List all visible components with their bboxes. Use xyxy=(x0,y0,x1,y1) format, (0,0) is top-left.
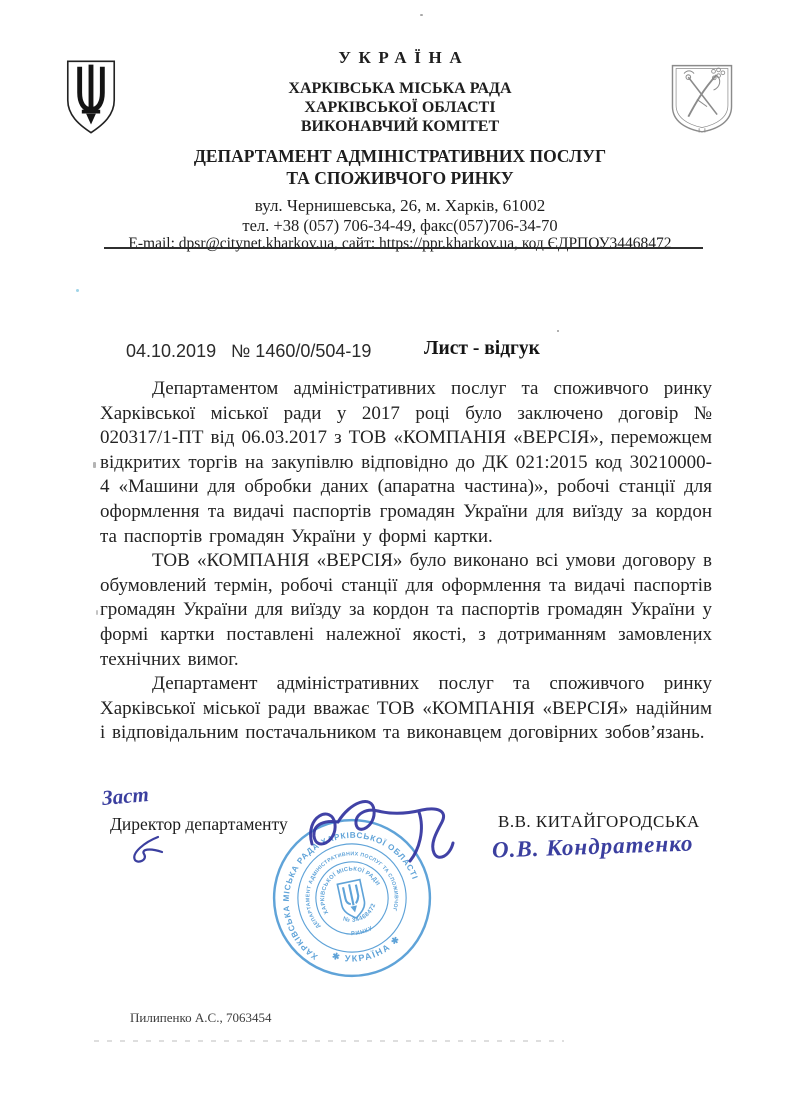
paragraph-3: Департамент адміністративних послуг та с… xyxy=(100,672,712,746)
address-line: вул. Чернишевська, 26, м. Харків, 61002 xyxy=(95,196,705,216)
scan-speck xyxy=(76,289,79,292)
director-signature xyxy=(298,786,470,870)
handwritten-name: О.В. Кондратенко xyxy=(492,830,694,863)
email-line: E-mail: dpsr@citynet.kharkov.ua, сайт: h… xyxy=(95,235,705,253)
letter-title: Лист - відгук xyxy=(424,338,540,360)
scan-speck xyxy=(96,610,98,615)
scan-speck xyxy=(540,508,543,511)
scanned-letter-page: УКРАЇНА ХАРКІВСЬКА МІСЬКА РАДА ХАРКІВСЬК… xyxy=(0,0,790,1100)
country-title: УКРАЇНА xyxy=(95,48,705,68)
scan-artifact-line xyxy=(94,1040,564,1042)
handwritten-note: Заст xyxy=(101,782,150,811)
letterhead: УКРАЇНА ХАРКІВСЬКА МІСЬКА РАДА ХАРКІВСЬК… xyxy=(95,48,705,253)
svg-text:РИНКУ: РИНКУ xyxy=(350,925,375,938)
org-line-3: ВИКОНАВЧИЙ КОМІТЕТ xyxy=(95,117,705,136)
letter-number: № 1460/0/504-19 xyxy=(231,341,371,362)
executor-note: Пилипенко А.С., 7063454 xyxy=(130,1010,271,1026)
signer-position: Директор департаменту xyxy=(110,814,288,835)
paragraph-2: ТОВ «КОМПАНІЯ «ВЕРСІЯ» було виконано всі… xyxy=(100,549,712,672)
phone-line: тел. +38 (057) 706-34-49, факс(057)706-3… xyxy=(95,216,705,235)
paragraph-1: Департаментом адміністративних послуг та… xyxy=(100,377,712,549)
stamp-middle-bottom-text: РИНКУ xyxy=(350,925,375,938)
org-line-1: ХАРКІВСЬКА МІСЬКА РАДА xyxy=(95,79,705,98)
department-line-2: ТА СПОЖИВЧОГО РИНКУ xyxy=(95,167,705,189)
letterhead-divider xyxy=(104,247,703,249)
letter-date: 04.10.2019 xyxy=(126,341,216,362)
signer-name: В.В. КИТАЙГОРОДСЬКА xyxy=(498,812,700,832)
scan-speck xyxy=(420,14,423,16)
scan-speck xyxy=(93,462,96,468)
org-line-2: ХАРКІВСЬКОЇ ОБЛАСТІ xyxy=(95,98,705,117)
letter-body: Департаментом адміністративних послуг та… xyxy=(100,377,712,746)
scan-speck xyxy=(557,330,559,332)
scan-speck xyxy=(694,641,696,644)
department-line-1: ДЕПАРТАМЕНТ АДМІНІСТРАТИВНИХ ПОСЛУГ xyxy=(95,145,705,167)
handwritten-flourish xyxy=(126,834,168,864)
